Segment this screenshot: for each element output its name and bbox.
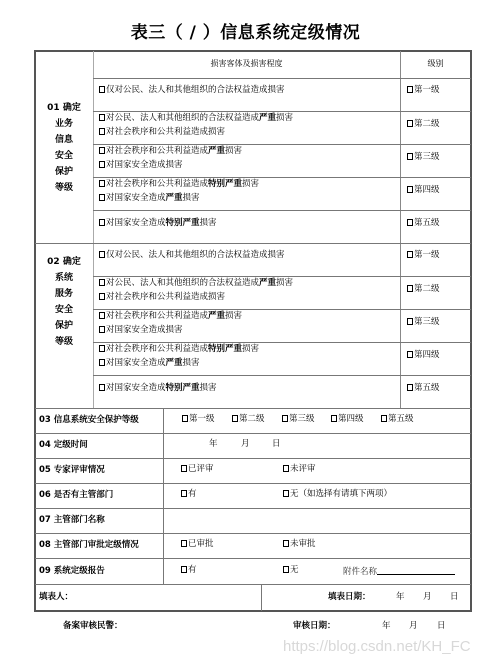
damage-option[interactable]: 对社会秩序和公共利益造成严重损害 (99, 146, 242, 157)
f03-option-3[interactable]: 第三级 (282, 414, 315, 425)
checkbox[interactable] (99, 251, 105, 258)
divider (93, 51, 94, 408)
level-column-header: 级别 (400, 58, 471, 69)
group1-label: 01 确定 业务 信息 安全 保护 等级 (35, 100, 93, 196)
level-option-3[interactable]: 第三级 (407, 317, 440, 328)
field-06-label: 06 是否有主管部门 (39, 490, 113, 501)
f09-option-2[interactable]: 无 (283, 565, 299, 576)
checkbox[interactable] (407, 384, 413, 391)
checkbox[interactable] (407, 153, 413, 160)
checkbox[interactable] (99, 147, 105, 154)
level-option-5[interactable]: 第五级 (407, 383, 440, 394)
checkbox[interactable] (99, 384, 105, 391)
f03-option-4[interactable]: 第四级 (331, 414, 364, 425)
damage-column-header: 损害客体及损害程度 (93, 58, 400, 69)
f05-option-1[interactable]: 已评审 (181, 464, 214, 475)
damage-option[interactable]: 对社会秩序和公共利益造成特别严重损害 (99, 344, 259, 355)
review-date-label: 审核日期： (293, 621, 336, 632)
field-08-label: 08 主管部门审批定级情况 (39, 540, 139, 551)
f04-month[interactable]: 月 (241, 439, 250, 450)
group-label-line: 信息 (35, 132, 93, 148)
checkbox[interactable] (99, 326, 105, 333)
checkbox[interactable] (181, 465, 187, 472)
field-07-label: 07 主管部门名称 (39, 515, 105, 526)
attachment-label: 附件名称 (343, 567, 377, 577)
level-option-4[interactable]: 第四级 (407, 350, 440, 361)
divider (35, 243, 471, 244)
divider (35, 483, 471, 484)
checkbox[interactable] (381, 415, 387, 422)
checkbox[interactable] (99, 293, 105, 300)
field-03-label: 03 信息系统安全保护等级 (39, 415, 139, 426)
checkbox[interactable] (99, 194, 105, 201)
checkbox[interactable] (232, 415, 238, 422)
reviewer-label: 备案审核民警： (63, 621, 123, 632)
divider (35, 584, 471, 585)
checkbox[interactable] (407, 219, 413, 226)
checkbox[interactable] (99, 279, 105, 286)
group-label-line: 保护 (35, 164, 93, 180)
checkbox[interactable] (181, 540, 187, 547)
group-label-line: 安全 (35, 148, 93, 164)
checkbox[interactable] (182, 415, 188, 422)
checkbox[interactable] (99, 359, 105, 366)
level-option-1[interactable]: 第一级 (407, 250, 440, 261)
field-05-label: 05 专家评审情况 (39, 465, 105, 476)
checkbox[interactable] (99, 180, 105, 187)
group-label-line: 服务 (35, 286, 93, 302)
group-label-line: 等级 (35, 334, 93, 350)
f03-option-5[interactable]: 第五级 (381, 414, 414, 425)
fill-date-month[interactable]: 月 (423, 592, 432, 603)
damage-option[interactable]: 对国家安全造成特别严重损害 (99, 383, 217, 394)
f08-option-1[interactable]: 已审批 (181, 539, 214, 550)
review-date-year[interactable]: 年 (382, 621, 391, 632)
f07-input[interactable] (164, 509, 470, 533)
divider (93, 144, 471, 145)
damage-option[interactable]: 对公民、法人和其他组织的合法权益造成严重损害 (99, 278, 293, 289)
level-option-2[interactable]: 第二级 (407, 119, 440, 130)
divider (93, 210, 471, 211)
damage-option[interactable]: 对国家安全造成严重损害 (99, 193, 200, 204)
group-label-line: 业务 (35, 116, 93, 132)
damage-option[interactable]: 对国家安全造成损害 (99, 160, 183, 171)
divider (35, 558, 471, 559)
watermark: https://blog.csdn.net/KH_FC (283, 638, 471, 655)
checkbox[interactable] (99, 345, 105, 352)
divider (35, 458, 471, 459)
checkbox[interactable] (283, 566, 289, 573)
checkbox[interactable] (283, 465, 289, 472)
group2-label: 02 确定 系统 服务 安全 保护 等级 (35, 254, 93, 350)
checkbox[interactable] (407, 86, 413, 93)
group-label-line: 保护 (35, 318, 93, 334)
group-label-line: 系统 (35, 270, 93, 286)
attachment-input[interactable] (377, 565, 455, 575)
divider (93, 342, 471, 343)
page-title: 表三（ / ）信息系统定级情况 (0, 18, 491, 43)
checkbox[interactable] (407, 251, 413, 258)
damage-option[interactable]: 对社会秩序和公共利益造成特别严重损害 (99, 179, 259, 190)
checkbox[interactable] (99, 114, 105, 121)
f05-option-2[interactable]: 未评审 (283, 464, 316, 475)
checkbox[interactable] (283, 490, 289, 497)
group-label-line: 02 确定 (35, 254, 93, 270)
fill-date-year[interactable]: 年 (396, 592, 405, 603)
f03-option-2[interactable]: 第二级 (232, 414, 265, 425)
f03-option-1[interactable]: 第一级 (182, 414, 215, 425)
f06-option-2[interactable]: 无（如选择有请填下两项） (283, 489, 392, 500)
f04-year[interactable]: 年 (209, 439, 218, 450)
divider (400, 51, 401, 408)
fill-date-day[interactable]: 日 (450, 592, 459, 603)
checkbox[interactable] (181, 566, 187, 573)
f06-option-1[interactable]: 有 (181, 489, 197, 500)
checkbox[interactable] (282, 415, 288, 422)
divider (35, 433, 471, 434)
level-option-5[interactable]: 第五级 (407, 218, 440, 229)
divider (35, 533, 471, 534)
group-label-line: 等级 (35, 180, 93, 196)
attachment-name-field[interactable]: 附件名称 (343, 565, 455, 578)
damage-option[interactable]: 对公民、法人和其他组织的合法权益造成严重损害 (99, 113, 293, 124)
checkbox[interactable] (99, 86, 105, 93)
checkbox[interactable] (283, 540, 289, 547)
level-option-2[interactable]: 第二级 (407, 284, 440, 295)
damage-option[interactable]: 仅对公民、法人和其他组织的合法权益造成损害 (99, 85, 285, 96)
fill-date-label: 填表日期： (328, 592, 371, 603)
divider (93, 177, 471, 178)
checkbox[interactable] (407, 318, 413, 325)
divider (261, 584, 262, 611)
damage-option[interactable]: 对国家安全造成严重损害 (99, 358, 200, 369)
checkbox[interactable] (407, 120, 413, 127)
damage-option[interactable]: 对国家安全造成特别严重损害 (99, 218, 217, 229)
divider (93, 276, 471, 277)
filler-label: 填表人： (39, 592, 73, 603)
checkbox[interactable] (331, 415, 337, 422)
divider (93, 375, 471, 376)
divider (93, 111, 471, 112)
field-04-label: 04 定级时间 (39, 440, 88, 451)
review-date-month[interactable]: 月 (409, 621, 418, 632)
damage-option[interactable]: 对社会秩序和公共利益造成严重损害 (99, 311, 242, 322)
group-label-line: 01 确定 (35, 100, 93, 116)
damage-option[interactable]: 对国家安全造成损害 (99, 325, 183, 336)
review-date-day[interactable]: 日 (437, 621, 446, 632)
checkbox[interactable] (407, 186, 413, 193)
level-option-3[interactable]: 第三级 (407, 152, 440, 163)
f08-option-2[interactable]: 未审批 (283, 539, 316, 550)
divider (93, 309, 471, 310)
damage-option[interactable]: 对社会秩序和公共利益造成损害 (99, 292, 225, 303)
checkbox[interactable] (407, 285, 413, 292)
level-option-4[interactable]: 第四级 (407, 185, 440, 196)
field-09-label: 09 系统定级报告 (39, 566, 105, 577)
group-label-line: 安全 (35, 302, 93, 318)
checkbox[interactable] (99, 161, 105, 168)
f09-option-1[interactable]: 有 (181, 565, 197, 576)
checkbox[interactable] (181, 490, 187, 497)
checkbox[interactable] (407, 351, 413, 358)
checkbox[interactable] (99, 128, 105, 135)
damage-option[interactable]: 对社会秩序和公共利益造成损害 (99, 127, 225, 138)
divider (35, 408, 471, 409)
level-option-1[interactable]: 第一级 (407, 85, 440, 96)
damage-option[interactable]: 仅对公民、法人和其他组织的合法权益造成损害 (99, 250, 285, 261)
f04-day[interactable]: 日 (272, 439, 281, 450)
checkbox[interactable] (99, 312, 105, 319)
divider (93, 78, 471, 79)
checkbox[interactable] (99, 219, 105, 226)
